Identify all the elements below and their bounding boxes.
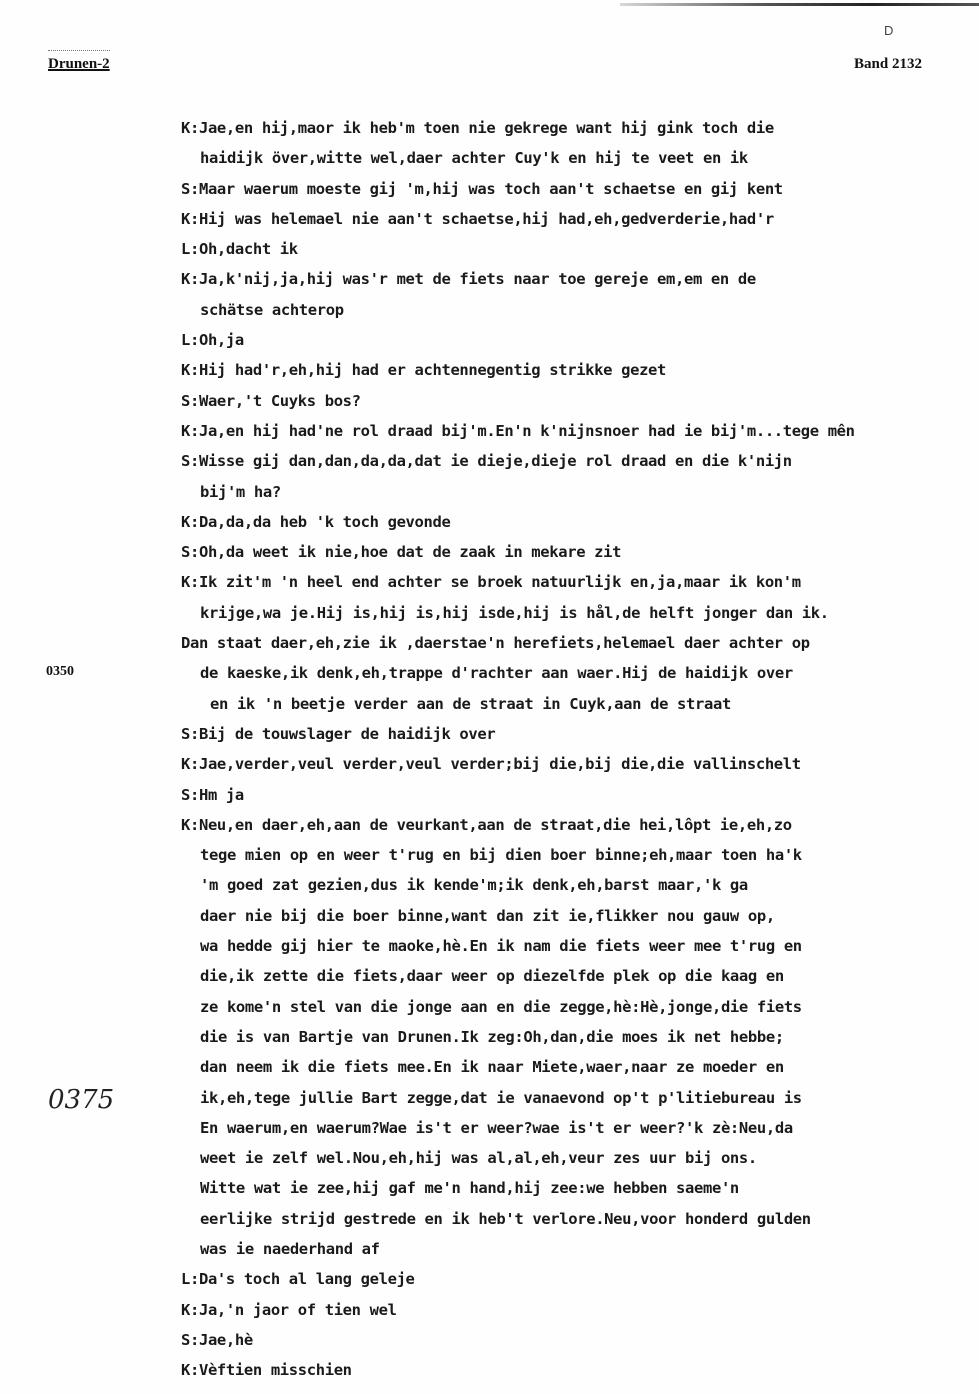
transcript-line: K:Jae,verder,veul verder,veul verder;bij…: [181, 749, 951, 779]
transcript-line: Witte wat ie zee,hij gaf me'n hand,hij z…: [181, 1173, 951, 1203]
transcript-line: S:Hm ja: [181, 780, 951, 810]
transcript-line: K:Ja,k'nij,ja,hij was'r met de fiets naa…: [181, 264, 951, 294]
transcript-page: Drunen-2 D Band 2132 0350 0375 K:Jae,en …: [0, 0, 979, 1394]
transcript-line: eerlijke strijd gestrede en ik heb't ver…: [181, 1204, 951, 1234]
tape-number: Band 2132: [854, 56, 922, 73]
transcript-line: S:Jae,hè: [181, 1325, 951, 1355]
corner-mark: D: [884, 23, 893, 38]
handwritten-counter-note: 0375: [48, 1085, 114, 1115]
transcript-line: daer nie bij die boer binne,want dan zit…: [181, 901, 951, 931]
transcript-line: S:Maar waerum moeste gij 'm,hij was toch…: [181, 174, 951, 204]
transcript-line: L:Da's toch al lang geleje: [181, 1264, 951, 1294]
transcript-line: K:Ja,en hij had'ne rol draad bij'm.En'n …: [181, 416, 951, 446]
transcript-line: die is van Bartje van Drunen.Ik zeg:Oh,d…: [181, 1022, 951, 1052]
transcript-line: S:Waer,'t Cuyks bos?: [181, 386, 951, 416]
transcript-line: K:Da,da,da heb 'k toch gevonde: [181, 507, 951, 537]
transcript-line: L:Oh,dacht ik: [181, 234, 951, 264]
transcript-line: K:Jae,en hij,maor ik heb'm toen nie gekr…: [181, 113, 951, 143]
transcript-line: schätse achterop: [181, 295, 951, 325]
transcript-line: Dan staat daer,eh,zie ik ,daerstae'n her…: [181, 628, 951, 658]
transcript-line: K:Hij had'r,eh,hij had er achtennegentig…: [181, 355, 951, 385]
transcript-line: de kaeske,ik denk,eh,trappe d'rachter aa…: [181, 658, 951, 688]
transcript-line: En waerum,en waerum?Wae is't er weer?wae…: [181, 1113, 951, 1143]
transcript-line: bij'm ha?: [181, 477, 951, 507]
transcript-line: ze kome'n stel van die jonge aan en die …: [181, 992, 951, 1022]
transcript-line: die,ik zette die fiets,daar weer op diez…: [181, 961, 951, 991]
location-header: Drunen-2: [48, 56, 110, 73]
transcript-line: K:Hij was helemael nie aan't schaetse,hi…: [181, 204, 951, 234]
transcript-line: K:Ik zit'm 'n heel end achter se broek n…: [181, 567, 951, 597]
scan-edge-line: [620, 3, 979, 6]
transcript-line: weet ie zelf wel.Nou,eh,hij was al,al,eh…: [181, 1143, 951, 1173]
transcript-line: K:Vèftien misschien: [181, 1355, 951, 1385]
transcript-line: wa hedde gij hier te maoke,hè.En ik nam …: [181, 931, 951, 961]
transcript-line: S:Bij de touwslager de haidijk over: [181, 719, 951, 749]
transcript-line: ik,eh,tege jullie Bart zegge,dat ie vana…: [181, 1083, 951, 1113]
transcript-line: S:Wisse gij dan,dan,da,da,dat ie dieje,d…: [181, 446, 951, 476]
typed-counter-note: 0350: [46, 664, 74, 680]
transcript-body: K:Jae,en hij,maor ik heb'm toen nie gekr…: [181, 113, 951, 1385]
transcript-line: K:Neu,en daer,eh,aan de veurkant,aan de …: [181, 810, 951, 840]
transcript-line: K:Ja,'n jaor of tien wel: [181, 1295, 951, 1325]
transcript-line: 'm goed zat gezien,dus ik kende'm;ik den…: [181, 870, 951, 900]
transcript-line: en ik 'n beetje verder aan de straat in …: [181, 689, 951, 719]
transcript-line: haidijk över,witte wel,daer achter Cuy'k…: [181, 143, 951, 173]
transcript-line: S:Oh,da weet ik nie,hoe dat de zaak in m…: [181, 537, 951, 567]
transcript-line: was ie naederhand af: [181, 1234, 951, 1264]
transcript-line: krijge,wa je.Hij is,hij is,hij isde,hij …: [181, 598, 951, 628]
transcript-line: tege mien op en weer t'rug en bij dien b…: [181, 840, 951, 870]
transcript-line: dan neem ik die fiets mee.En ik naar Mie…: [181, 1052, 951, 1082]
transcript-line: L:Oh,ja: [181, 325, 951, 355]
